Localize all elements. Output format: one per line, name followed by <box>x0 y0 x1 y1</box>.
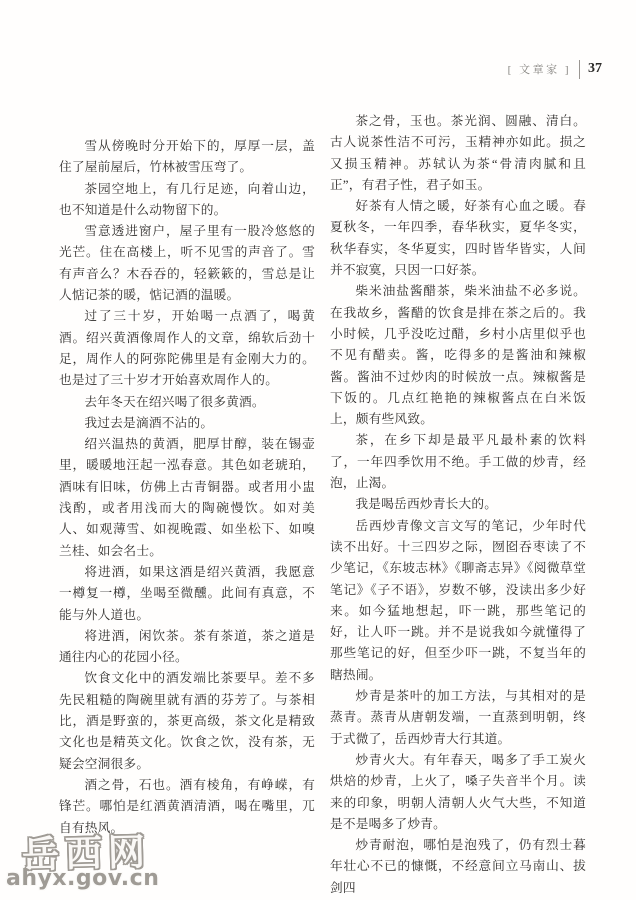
paragraph: 将进酒，闲饮茶。茶有茶道，茶之道是通往内心的花园小径。 <box>59 626 315 669</box>
paragraph: 我是喝岳西炒青长大的。 <box>330 494 586 515</box>
paragraph: 雪从傍晚时分开始下的，厚厚一层，盖住了屋前屋后，竹林被雪压弯了。 <box>59 136 315 179</box>
paragraph: 炒青火大。有年春天，喝多了手工炭火烘焙的炒青，上火了，嗓子失音半个月。读来的印象… <box>330 750 586 835</box>
page-header: [ 文章家 ] 37 <box>508 58 602 80</box>
paragraph: 茶，在乡下却是最平凡最朴素的饮料了，一年四季饮用不绝。手工做的炒青，经泡，止渴。 <box>330 430 586 494</box>
paragraph: 我过去是滴酒不沾的。 <box>59 413 315 434</box>
paragraph: 岳西炒青像文言文写的笔记，少年时代读不出好。十三四岁之际，囫囵吞枣读了不少笔记，… <box>330 516 586 686</box>
paragraph: 过了三十岁，开始喝一点酒了，喝黄酒。绍兴黄酒像周作人的文章，绵软后劲十足，周作人… <box>59 306 315 391</box>
paragraph: 炒青是茶叶的加工方法，与其相对的是蒸青。蒸青从唐朝发端，一直蒸到明朝，终于式微了… <box>330 686 586 750</box>
paragraph: 炒青耐泡，哪怕是泡残了，仍有烈士暮年壮心不已的慷慨，不经意间立马南山、拔剑四 <box>330 835 586 899</box>
page-number: 37 <box>580 61 602 77</box>
magazine-page: [ 文章家 ] 37 雪从傍晚时分开始下的，厚厚一层，盖住了屋前屋后，竹林被雪压… <box>0 0 636 900</box>
paragraph: 茶园空地上，有几行足迹，向着山边，也不知道是什么动物留下的。 <box>59 179 315 222</box>
paragraph: 将进酒，如果这酒是绍兴黄酒，我愿意一樽复一樽，坐喝至微醺。此间有真意，不能与外人… <box>59 562 315 626</box>
watermark: 岳西网 ahyx.gov.cn <box>6 834 159 889</box>
text-column-right: 茶之骨，玉也。茶光润、圆融、清白。古人说茶性洁不可污，玉精神亦如此。损之又损玉精… <box>330 111 586 899</box>
paragraph: 饮食文化中的酒发端比茶要早。差不多先民粗糙的陶碗里就有酒的芬芳了。与茶相比，酒是… <box>59 668 315 774</box>
section-label: [ 文章家 ] <box>508 61 579 77</box>
paragraph: 柴米油盐酱醋茶，柴米油盐不必多说。在我故乡，酱醋的饮食是排在茶之后的。我小时候，… <box>330 281 586 430</box>
paragraph: 去年冬天在绍兴喝了很多黄酒。 <box>59 392 315 413</box>
paragraph: 好茶有人情之暖，好茶有心血之暖。春夏秋冬，一年四季，春华秋实，夏华冬实，秋华春实… <box>330 196 586 281</box>
text-column-left: 雪从傍晚时分开始下的，厚厚一层，盖住了屋前屋后，竹林被雪压弯了。茶园空地上，有几… <box>59 136 315 839</box>
paragraph: 雪意透进窗户，屋子里有一股冷悠悠的光芒。住在高楼上，听不见雪的声音了。雪有声音么… <box>59 221 315 306</box>
paragraph: 酒之骨，石也。酒有棱角，有峥嵘，有锋芒。哪怕是红酒黄酒清酒，喝在嘴里，兀自有热风… <box>59 775 315 839</box>
watermark-url: ahyx.gov.cn <box>6 869 159 889</box>
paragraph: 绍兴温热的黄酒，肥厚甘醇，装在锡壶里，暖暖地汪起一泓春意。其色如老琥珀，酒味有旧… <box>59 434 315 562</box>
paragraph: 茶之骨，玉也。茶光润、圆融、清白。古人说茶性洁不可污，玉精神亦如此。损之又损玉精… <box>330 111 586 196</box>
